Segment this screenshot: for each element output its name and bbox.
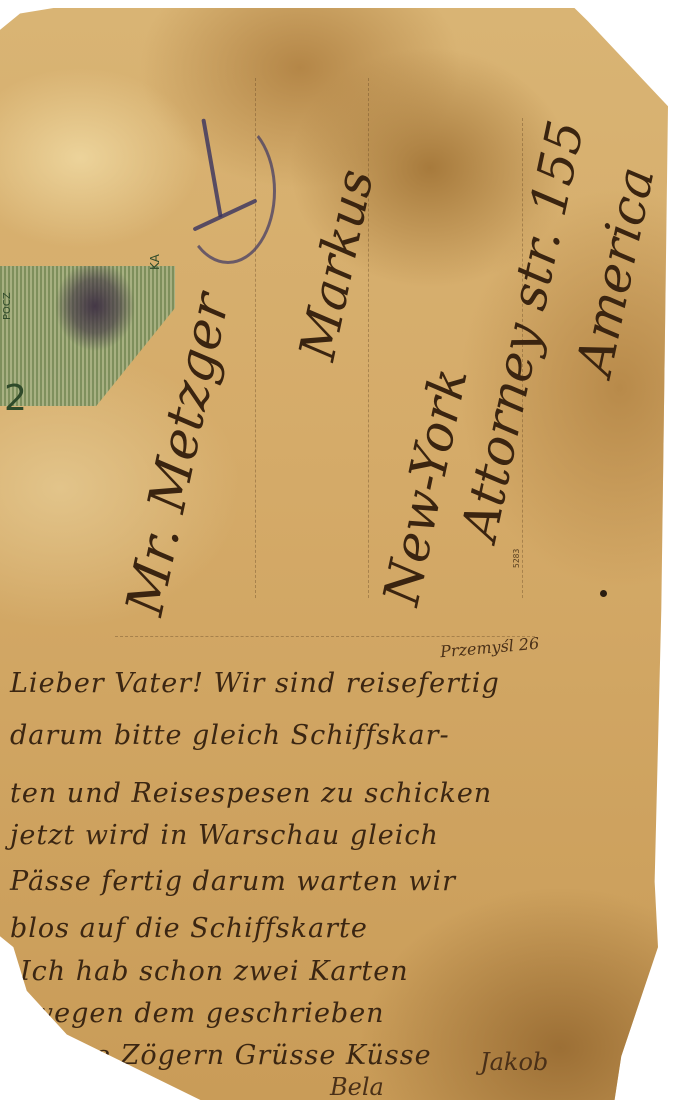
divider-line — [368, 78, 369, 598]
divider-line — [115, 636, 535, 637]
stamp-text-left: POCZ — [2, 292, 13, 320]
postmark — [180, 118, 276, 264]
message-line: jetzt wird in Warschau gleich — [10, 820, 439, 851]
message-line: blos auf die Schiffskarte — [10, 913, 368, 944]
message-line: wegen dem geschrieben — [30, 998, 385, 1029]
stamp-value: 2 — [4, 378, 27, 419]
signature: Bela — [330, 1073, 384, 1100]
pin-hole — [600, 590, 607, 597]
dateline: Przemyśl 26 — [439, 634, 540, 662]
stamp-text-right: KA — [148, 254, 162, 270]
message-line: ohne Zögern Grüsse Küsse — [40, 1040, 432, 1071]
message-line: ten und Reisespesen zu schicken — [10, 778, 492, 809]
printed-number: 5283 — [512, 549, 521, 568]
message-line: Lieber Vater! Wir sind reisefertig — [10, 668, 500, 699]
address-line-2: Markus — [288, 164, 385, 365]
signature: Jakob — [480, 1048, 548, 1076]
postcard: 2 POCZ KA Mr. Metzger Markus New-York At… — [0, 8, 668, 1100]
message-line: Pässe fertig darum warten wir — [10, 866, 456, 897]
message-line: darum bitte gleich Schiffskar- — [10, 720, 450, 751]
message-line: Ich hab schon zwei Karten — [20, 956, 409, 987]
